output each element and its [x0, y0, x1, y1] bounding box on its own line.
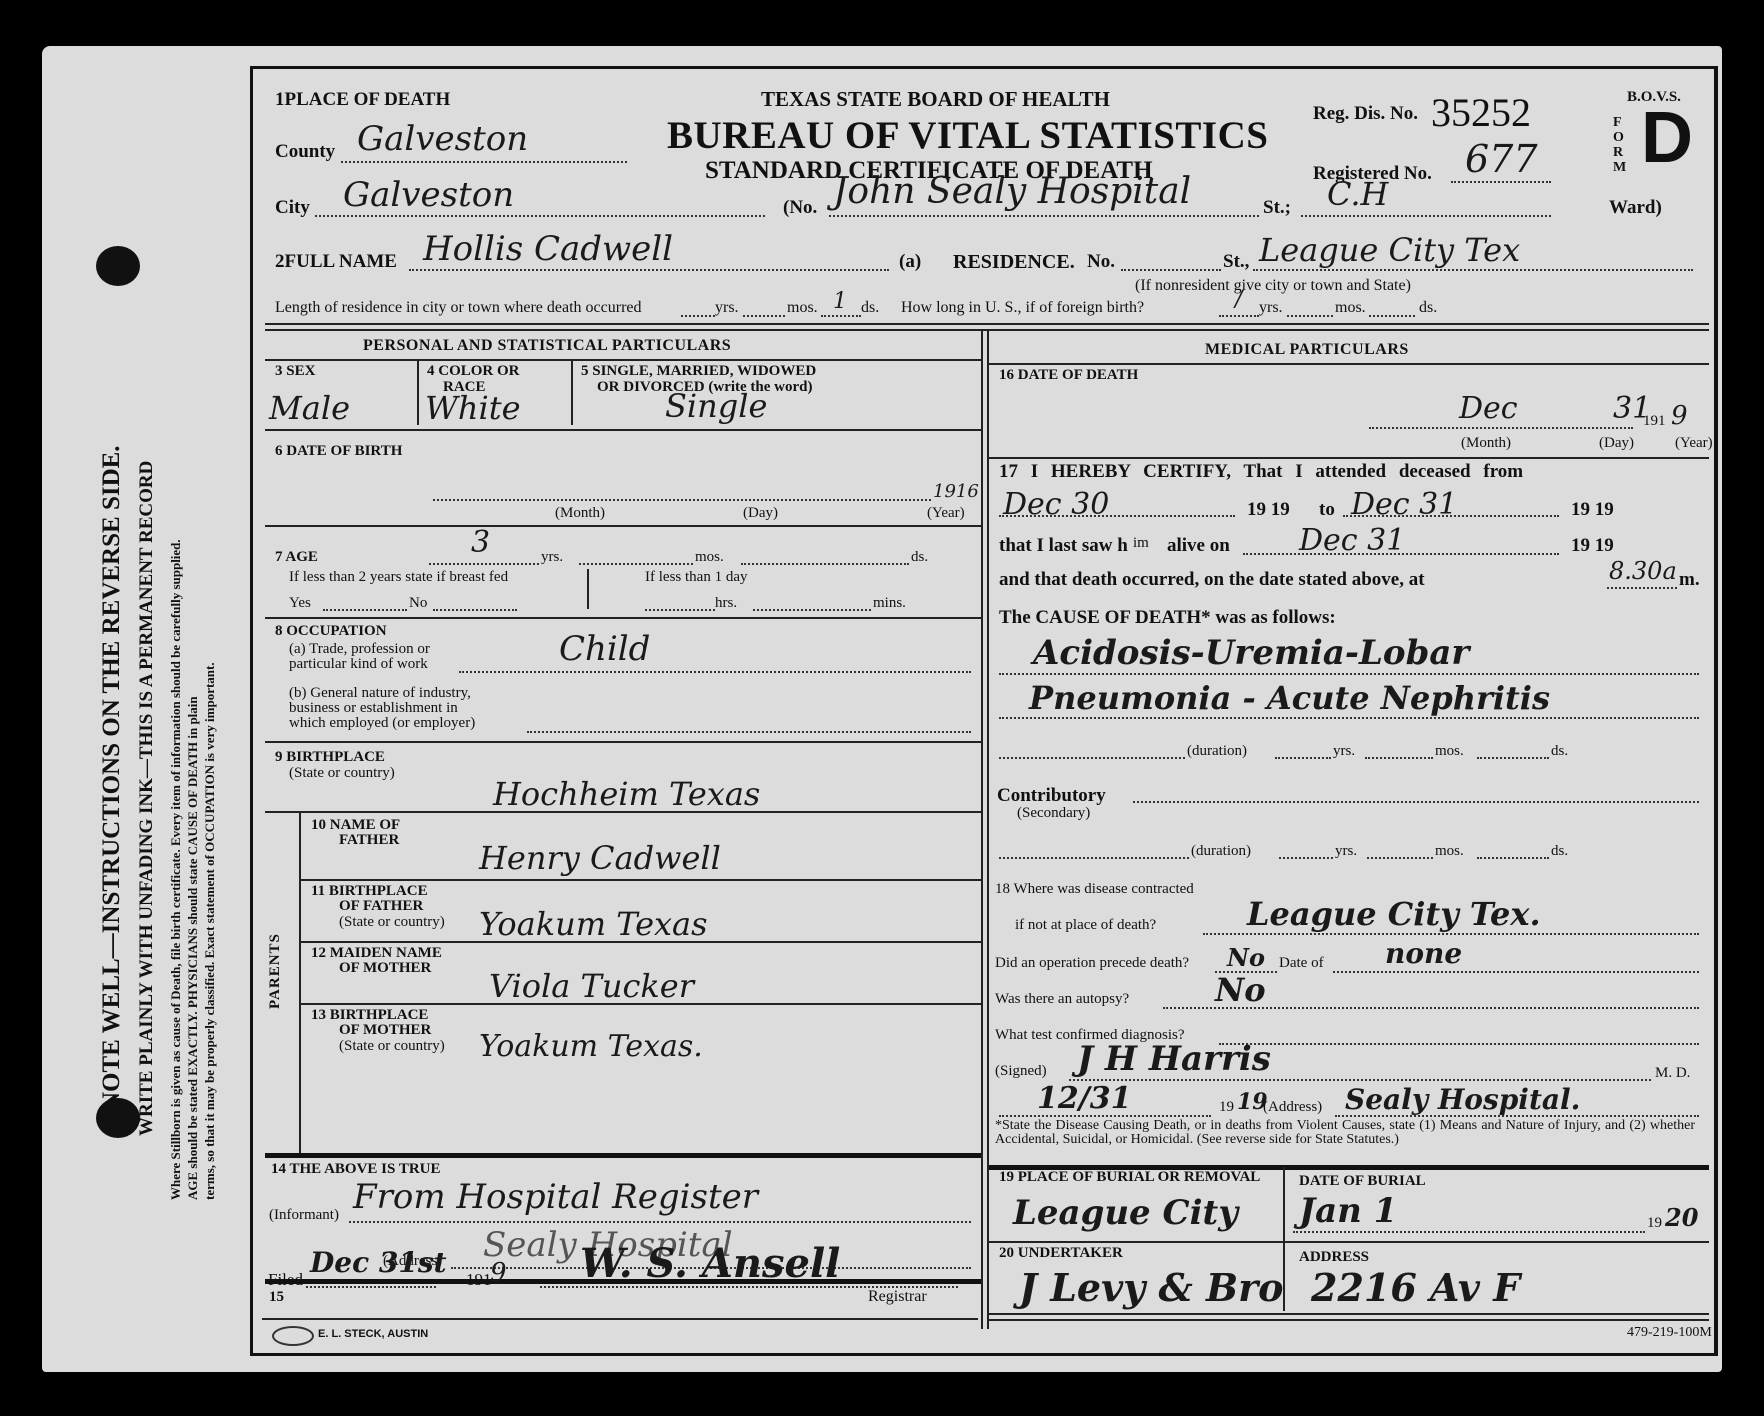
mother-birthplace-value[interactable]: Yoakum Texas. — [479, 1029, 703, 1064]
mother-label-2: OF MOTHER — [339, 960, 431, 977]
city-value[interactable]: Galveston — [343, 175, 514, 215]
last-saw-year: 19 19 — [1571, 535, 1614, 557]
attended-to-value[interactable]: Dec 31 — [1351, 487, 1457, 522]
hospital-no-label: (No. — [783, 197, 817, 219]
cause-of-death-line-2[interactable]: Pneumonia - Acute Nephritis — [1029, 679, 1550, 717]
margin-ink-warning: WRITE PLAINLY WITH UNFADING INK—THIS IS … — [136, 461, 158, 1136]
undertaker-address-value[interactable]: 2216 Av F — [1311, 1265, 1520, 1310]
ward-label: Ward) — [1609, 197, 1662, 219]
contracted-label-2: if not at place of death? — [1015, 917, 1156, 934]
full-name-label: 2FULL NAME — [275, 251, 397, 273]
breast-fed-no-label: No — [409, 595, 427, 612]
dob-month-label: (Month) — [555, 505, 605, 522]
age-yrs-label: yrs. — [541, 549, 563, 566]
undertaker-label: 20 UNDERTAKER — [999, 1245, 1123, 1262]
printer-imprint: E. L. STECK, AUSTIN — [318, 1328, 428, 1340]
last-saw-text: that I last saw h — [999, 535, 1128, 557]
birthplace-label: 9 BIRTHPLACE — [275, 749, 385, 766]
certify-statement: 17 I HEREBY CERTIFY, That I attended dec… — [999, 461, 1523, 483]
registrar-label: Registrar — [868, 1288, 927, 1306]
dod-month-label: (Month) — [1461, 435, 1511, 452]
cause-footnote: *State the Disease Causing Death, or in … — [995, 1119, 1695, 1147]
attended-from-value[interactable]: Dec 30 — [1003, 487, 1109, 522]
contributory-mos-label: mos. — [1435, 843, 1464, 860]
punch-hole-top — [96, 246, 140, 286]
street-value[interactable]: C.H — [1327, 175, 1388, 213]
less-day-mins-label: mins. — [873, 595, 906, 612]
father-name-value[interactable]: Henry Cadwell — [479, 839, 721, 877]
occupation-a-value[interactable]: Child — [559, 629, 650, 669]
contributory-label: Contributory — [997, 785, 1106, 807]
residence-st-label: St., — [1223, 251, 1249, 273]
residence-mos-value[interactable]: 1 — [833, 289, 847, 314]
death-certificate-form: 1PLACE OF DEATH TEXAS STATE BOARD OF HEA… — [250, 66, 1718, 1356]
father-birthplace-label-3: (State or country) — [339, 914, 445, 931]
dod-day-label: (Day) — [1599, 435, 1634, 452]
father-label-2: FATHER — [339, 832, 399, 849]
age-ds-label: ds. — [911, 549, 928, 566]
marital-label-1: 5 SINGLE, MARRIED, WIDOWED — [581, 363, 816, 380]
informant-label: (Informant) — [269, 1207, 339, 1224]
form-letter: D — [1641, 97, 1693, 179]
residence-ds-label: ds. — [861, 299, 879, 317]
secondary-label: (Secondary) — [1017, 805, 1090, 822]
father-birthplace-value[interactable]: Yoakum Texas — [479, 905, 708, 943]
dod-year-prefix: 191 — [1643, 413, 1666, 430]
physician-signature[interactable]: J H Harris — [1077, 1039, 1271, 1079]
certificate-date-value[interactable]: 12/31 — [1037, 1081, 1131, 1116]
residence-prefix: (a) — [899, 251, 921, 273]
attended-from-year: 19 19 — [1247, 499, 1290, 521]
hospital-name-value[interactable]: John Sealy Hospital — [833, 171, 1191, 212]
filed-year-value[interactable]: 9 — [490, 1258, 507, 1288]
breast-fed-label: If less than 2 years state if breast fed — [289, 569, 508, 586]
bureau-title: BUREAU OF VITAL STATISTICS — [667, 113, 1268, 158]
parents-label: PARENTS — [267, 933, 284, 1009]
informant-value[interactable]: From Hospital Register — [353, 1177, 758, 1217]
birthplace-sub-label: (State or country) — [289, 765, 395, 782]
residence-label: RESIDENCE. — [953, 251, 1075, 274]
less-day-hrs-label: hrs. — [715, 595, 737, 612]
filed-label: Filed — [268, 1270, 303, 1290]
mother-name-value[interactable]: Viola Tucker — [489, 967, 694, 1005]
registrar-signature[interactable]: W. S. Ansell — [580, 1240, 840, 1287]
operation-date-value[interactable]: none — [1385, 937, 1462, 970]
foreign-yrs-label: yrs. — [1259, 299, 1283, 317]
sex-label: 3 SEX — [275, 363, 315, 380]
residence-yrs-label: yrs. — [715, 299, 739, 317]
burial-year-prefix: 19 — [1647, 1215, 1662, 1232]
margin-instructions-2: AGE should be stated EXACTLY. PHYSICIANS… — [185, 696, 201, 1200]
foreign-ds-label: ds. — [1419, 299, 1437, 317]
place-of-death-label: 1PLACE OF DEATH — [275, 89, 450, 111]
city-label: City — [275, 197, 310, 219]
dod-month-value[interactable]: Dec — [1459, 391, 1518, 426]
residence-length-text: Length of residence in city or town wher… — [275, 299, 642, 317]
dob-day-label: (Day) — [743, 505, 778, 522]
registered-no-value: 677 — [1465, 137, 1538, 181]
death-time-suffix: m. — [1679, 569, 1700, 591]
physician-address-label: (Address) — [1263, 1099, 1322, 1116]
signed-label: (Signed) — [995, 1063, 1047, 1080]
filed-year-prefix: 191 — [466, 1270, 492, 1290]
union-label-logo-icon — [272, 1326, 314, 1346]
margin-instructions-1: Where Stillborn is given as cause of Dea… — [168, 539, 184, 1200]
death-time-value[interactable]: 8.30a — [1609, 557, 1677, 585]
form-code: 479-219-100M — [1627, 1325, 1712, 1341]
form-word-vertical: FORM — [1613, 115, 1627, 175]
contracted-label-1: 18 Where was disease contracted — [995, 881, 1194, 898]
last-saw-pronoun[interactable]: im — [1133, 535, 1149, 552]
occupation-b-label-3: which employed (or employer) — [289, 715, 475, 732]
cause-of-death-label: The CAUSE OF DEATH* was as follows: — [999, 607, 1336, 629]
autopsy-label: Was there an autopsy? — [995, 991, 1129, 1008]
mother-birthplace-label-3: (State or country) — [339, 1038, 445, 1055]
undertaker-value[interactable]: J Levy & Bro — [1019, 1265, 1284, 1310]
cause-mos-label: mos. — [1435, 743, 1464, 760]
last-saw-value[interactable]: Dec 31 — [1299, 523, 1405, 558]
death-time-text: and that death occurred, on the date sta… — [999, 569, 1425, 591]
burial-place-value[interactable]: League City — [1013, 1193, 1238, 1233]
filed-date-value[interactable]: Dec 31st — [310, 1246, 447, 1279]
birthplace-value[interactable]: Hochheim Texas — [493, 775, 760, 813]
dob-year-value[interactable]: 1916 — [933, 481, 979, 502]
above-is-true-label: 14 THE ABOVE IS TRUE — [271, 1161, 441, 1178]
cause-yrs-label: yrs. — [1333, 743, 1355, 760]
cause-of-death-line-1[interactable]: Acidosis-Uremia-Lobar — [1033, 633, 1469, 673]
attended-to-label: to — [1319, 499, 1335, 521]
contributory-yrs-label: yrs. — [1335, 843, 1357, 860]
dod-year-label: (Year) — [1675, 435, 1713, 452]
dod-year-value[interactable]: 9 — [1671, 401, 1688, 431]
age-yrs-value[interactable]: 3 — [471, 525, 490, 560]
margin-note: NOTE WELL—INSTRUCTIONS ON THE REVERSE SI… — [98, 445, 126, 1110]
alive-on-label: alive on — [1167, 535, 1230, 557]
personal-section-title: PERSONAL AND STATISTICAL PARTICULARS — [363, 337, 731, 355]
physician-address-value[interactable]: Sealy Hospital. — [1345, 1083, 1580, 1116]
burial-year-value[interactable]: 20 — [1665, 1203, 1698, 1232]
contributory-duration-label: (duration) — [1191, 843, 1251, 860]
breast-fed-yes-label: Yes — [289, 595, 311, 612]
autopsy-value[interactable]: No — [1215, 971, 1266, 1009]
operation-label: Did an operation precede death? — [995, 955, 1189, 972]
occupation-a-label-2: particular kind of work — [289, 656, 428, 673]
cause-ds-label: ds. — [1551, 743, 1568, 760]
occupation-label: 8 OCCUPATION — [275, 623, 387, 640]
md-label: M. D. — [1655, 1065, 1690, 1082]
burial-date-value[interactable]: Jan 1 — [1299, 1191, 1397, 1231]
reg-dis-number: 35252 — [1431, 89, 1531, 136]
residence-value[interactable]: League City Tex — [1259, 231, 1520, 269]
less-day-label: If less than 1 day — [645, 569, 747, 586]
age-label: 7 AGE — [275, 549, 318, 566]
undertaker-address-label: ADDRESS — [1299, 1249, 1369, 1266]
agency-title: TEXAS STATE BOARD OF HEALTH — [761, 87, 1110, 112]
residence-mos-label: mos. — [787, 299, 818, 317]
burial-place-label: 19 PLACE OF BURIAL OR REMOVAL — [999, 1169, 1260, 1186]
race-label-1: 4 COLOR OR — [427, 363, 520, 380]
dob-year-label: (Year) — [927, 505, 965, 522]
street-label: St.; — [1263, 197, 1291, 219]
county-label: County — [275, 141, 335, 163]
county-value[interactable]: Galveston — [357, 119, 528, 159]
certificate-year-prefix: 19 — [1219, 1099, 1234, 1116]
father-birthplace-label-2: OF FATHER — [339, 898, 423, 915]
operation-value[interactable]: No — [1227, 943, 1265, 972]
full-name-value[interactable]: Hollis Cadwell — [423, 229, 673, 269]
attended-to-year: 19 19 — [1571, 499, 1614, 521]
race-value[interactable]: White — [425, 389, 521, 427]
operation-date-label: Date of — [1279, 955, 1324, 972]
dob-label: 6 DATE OF BIRTH — [275, 443, 402, 460]
margin-instructions-3: terms, so that it may be properly classi… — [202, 662, 218, 1200]
foreign-yrs-value[interactable]: / — [1235, 287, 1242, 312]
age-mos-label: mos. — [695, 549, 724, 566]
date-of-death-label: 16 DATE OF DEATH — [999, 367, 1138, 384]
foreign-mos-label: mos. — [1335, 299, 1366, 317]
marital-value[interactable]: Single — [665, 387, 767, 425]
filing-number-label: 15 — [269, 1289, 284, 1306]
contributory-ds-label: ds. — [1551, 843, 1568, 860]
medical-section-title: MEDICAL PARTICULARS — [1205, 341, 1409, 359]
foreign-birth-text: How long in U. S., if of foreign birth? — [901, 299, 1144, 317]
nonresident-note: (If nonresident give city or town and St… — [1135, 277, 1411, 295]
contracted-value[interactable]: League City Tex. — [1247, 895, 1541, 933]
cause-duration-label: (duration) — [1187, 743, 1247, 760]
residence-no-label: No. — [1087, 251, 1115, 273]
mother-birthplace-label-2: OF MOTHER — [339, 1022, 431, 1039]
reg-dis-label: Reg. Dis. No. — [1313, 103, 1418, 125]
burial-date-label: DATE OF BURIAL — [1299, 1173, 1426, 1190]
sex-value[interactable]: Male — [269, 389, 350, 427]
